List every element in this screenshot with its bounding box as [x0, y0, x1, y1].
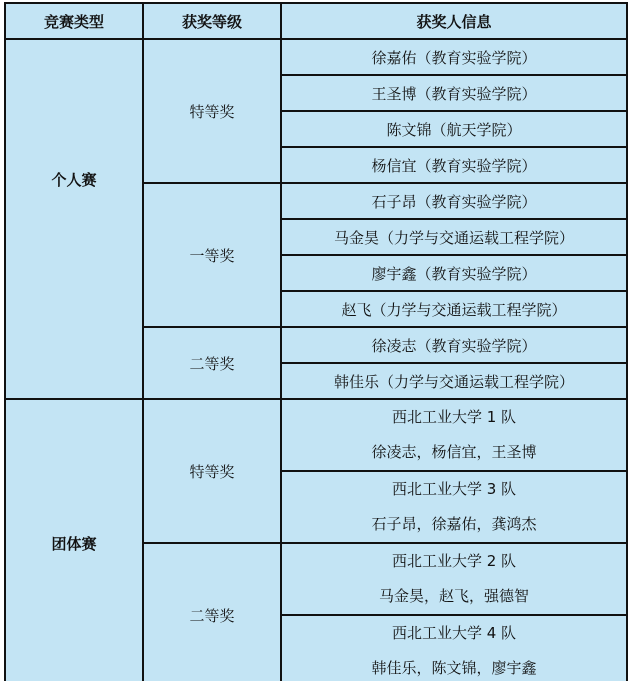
winner-cell: 马金昊（力学与交通运载工程学院）: [281, 219, 627, 255]
team-name: 西北工业大学 3 队: [282, 472, 626, 507]
competition-type-individual: 个人赛: [5, 39, 143, 399]
team-members: 石子昂，徐嘉佑，龚鸿杰: [282, 507, 626, 542]
team-name: 西北工业大学 2 队: [282, 544, 626, 579]
award-level-cell: 特等奖: [143, 39, 281, 183]
competition-type-team: 团体赛: [5, 399, 143, 681]
header-winner-info: 获奖人信息: [281, 3, 627, 39]
winner-cell: 赵飞（力学与交通运载工程学院）: [281, 291, 627, 327]
header-row: 竞赛类型 获奖等级 获奖人信息: [5, 3, 627, 39]
team-cell: 西北工业大学 2 队 马金昊，赵飞，强德智: [281, 543, 627, 615]
award-level-cell: 一等奖: [143, 183, 281, 327]
header-competition-type: 竞赛类型: [5, 3, 143, 39]
award-table: 竞赛类型 获奖等级 获奖人信息 个人赛 特等奖 徐嘉佑（教育实验学院） 王圣博（…: [4, 2, 628, 681]
winner-cell: 王圣博（教育实验学院）: [281, 75, 627, 111]
winner-cell: 陈文锦（航天学院）: [281, 111, 627, 147]
team-cell: 西北工业大学 1 队 徐凌志，杨信宜，王圣博: [281, 399, 627, 471]
winner-cell: 石子昂（教育实验学院）: [281, 183, 627, 219]
team-name: 西北工业大学 4 队: [282, 616, 626, 651]
table-row: 团体赛 特等奖 西北工业大学 1 队 徐凌志，杨信宜，王圣博: [5, 399, 627, 471]
team-name: 西北工业大学 1 队: [282, 400, 626, 435]
header-award-level: 获奖等级: [143, 3, 281, 39]
team-cell: 西北工业大学 3 队 石子昂，徐嘉佑，龚鸿杰: [281, 471, 627, 543]
competition-type-label: 个人赛: [6, 169, 142, 190]
winner-cell: 徐嘉佑（教育实验学院）: [281, 39, 627, 75]
winner-cell: 杨信宜（教育实验学院）: [281, 147, 627, 183]
award-level-cell: 特等奖: [143, 399, 281, 543]
winner-cell: 徐凌志（教育实验学院）: [281, 327, 627, 363]
award-level-cell: 二等奖: [143, 543, 281, 681]
winner-cell: 韩佳乐（力学与交通运载工程学院）: [281, 363, 627, 399]
award-level-cell: 二等奖: [143, 327, 281, 399]
team-cell: 西北工业大学 4 队 韩佳乐，陈文锦，廖宇鑫: [281, 615, 627, 681]
table-row: 个人赛 特等奖 徐嘉佑（教育实验学院）: [5, 39, 627, 75]
team-members: 韩佳乐，陈文锦，廖宇鑫: [282, 651, 626, 681]
winner-cell: 廖宇鑫（教育实验学院）: [281, 255, 627, 291]
team-members: 徐凌志，杨信宜，王圣博: [282, 435, 626, 470]
team-members: 马金昊，赵飞，强德智: [282, 579, 626, 614]
